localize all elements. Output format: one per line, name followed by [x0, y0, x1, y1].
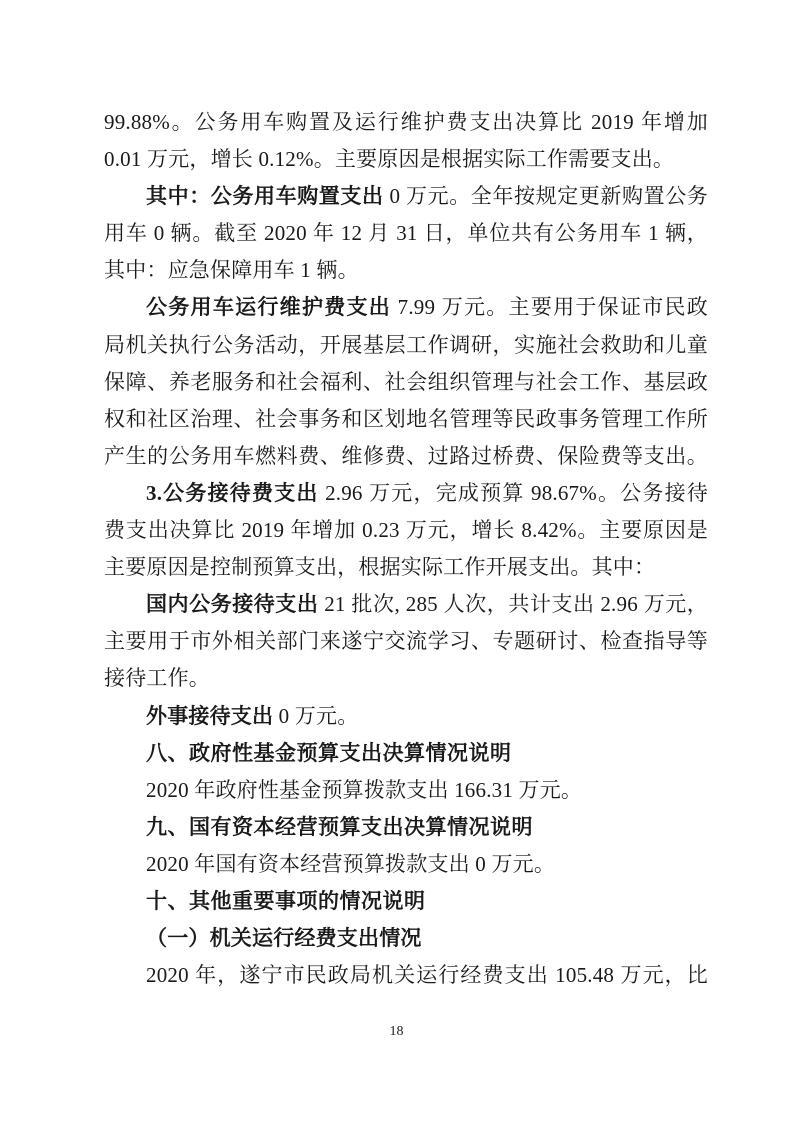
text-line: 外事接待支出 0 万元。	[104, 698, 708, 735]
text-line: 3.公务接待费支出 2.96 万元，完成预算 98.67%。公务接待	[104, 475, 708, 512]
bold-text-run: 外事接待支出	[146, 704, 273, 728]
text-line: 主要原因是控制预算支出，根据实际工作开展支出。其中：	[104, 549, 708, 586]
text-run: 0 万元。全年按规定更新购置公务	[384, 184, 708, 208]
text-line: 费支出决算比 2019 年增加 0.23 万元，增长 8.42%。主要原因是	[104, 512, 708, 549]
text-line: 权和社区治理、社会事务和区划地名管理等民政事务管理工作所	[104, 401, 708, 438]
text-run: 0 万元。	[273, 704, 358, 728]
text-run: 2020 年，遂宁市民政局机关运行经费支出 105.48 万元，比	[146, 963, 708, 987]
section-heading-other-matters: 十、其他重要事项的情况说明	[104, 883, 708, 920]
section-heading-government-funds: 八、政府性基金预算支出决算情况说明	[104, 735, 708, 772]
page-body-text: 99.88%。公务用车购置及运行维护费支出决算比 2019 年增加 0.01 万…	[104, 104, 708, 994]
text-line: 用车 0 辆。截至 2020 年 12 月 31 日，单位共有公务用车 1 辆，	[104, 215, 708, 252]
text-run: 费支出决算比 2019 年增加 0.23 万元，增长 8.42%。主要原因是	[104, 518, 708, 542]
page-number: 18	[390, 1024, 404, 1039]
bold-text-run: 3.公务接待费支出	[146, 481, 319, 505]
text-line: 国内公务接待支出 21 批次, 285 人次，共计支出 2.96 万元，	[104, 586, 708, 623]
text-run: 保障、养老服务和社会福利、社会组织管理与社会工作、基层政	[104, 370, 708, 394]
text-run: 接待工作。	[104, 666, 210, 690]
text-run: 主要原因是控制预算支出，根据实际工作开展支出。其中：	[104, 555, 655, 579]
text-run: 2020 年国有资本经营预算拨款支出 0 万元。	[146, 852, 555, 876]
text-run: 21 批次, 285 人次，共计支出 2.96 万元，	[318, 592, 708, 616]
text-line: 其中：公务用车购置支出 0 万元。全年按规定更新购置公务	[104, 178, 708, 215]
heading-text: 九、国有资本经营预算支出决算情况说明	[146, 816, 533, 839]
text-line: 保障、养老服务和社会福利、社会组织管理与社会工作、基层政	[104, 364, 708, 401]
document-page: 99.88%。公务用车购置及运行维护费支出决算比 2019 年增加 0.01 万…	[0, 0, 793, 1122]
text-line: 2020 年，遂宁市民政局机关运行经费支出 105.48 万元，比	[104, 957, 708, 994]
heading-text: 八、政府性基金预算支出决算情况说明	[146, 742, 512, 765]
text-line: 0.01 万元，增长 0.12%。主要原因是根据实际工作需要支出。	[104, 141, 708, 178]
page-footer: 18	[0, 1022, 793, 1042]
text-line: 2020 年政府性基金预算拨款支出 166.31 万元。	[104, 772, 708, 809]
text-line: 2020 年国有资本经营预算拨款支出 0 万元。	[104, 846, 708, 883]
text-run: 用车 0 辆。截至 2020 年 12 月 31 日，单位共有公务用车 1 辆，	[104, 221, 708, 245]
text-run: 其中：应急保障用车 1 辆。	[104, 258, 359, 282]
text-line: 其中：应急保障用车 1 辆。	[104, 252, 708, 289]
text-run: 7.99 万元。主要用于保证市民政	[391, 295, 708, 319]
text-line: 局机关执行公务活动，开展基层工作调研，实施社会救助和儿童	[104, 327, 708, 364]
heading-text: 十、其他重要事项的情况说明	[146, 890, 426, 913]
text-run: 产生的公务用车燃料费、维修费、过路过桥费、保险费等支出。	[104, 444, 708, 468]
section-heading-state-capital: 九、国有资本经营预算支出决算情况说明	[104, 809, 708, 846]
text-line: 接待工作。	[104, 660, 708, 697]
text-run: 0.01 万元，增长 0.12%。主要原因是根据实际工作需要支出。	[104, 147, 674, 171]
bold-text-run: 公务用车运行维护费支出	[146, 295, 391, 319]
text-run: 2020 年政府性基金预算拨款支出 166.31 万元。	[146, 778, 582, 802]
heading-text: （一）机关运行经费支出情况	[146, 926, 422, 950]
text-run: 局机关执行公务活动，开展基层工作调研，实施社会救助和儿童	[104, 333, 708, 357]
text-line: 产生的公务用车燃料费、维修费、过路过桥费、保险费等支出。	[104, 438, 708, 475]
bold-text-run: 国内公务接待支出	[146, 592, 318, 616]
subsection-heading-operating-expenses: （一）机关运行经费支出情况	[104, 920, 708, 957]
text-run: 2.96 万元，完成预算 98.67%。公务接待	[319, 481, 708, 505]
text-run: 99.88%。公务用车购置及运行维护费支出决算比 2019 年增加	[104, 110, 708, 134]
text-line: 公务用车运行维护费支出 7.99 万元。主要用于保证市民政	[104, 289, 708, 326]
text-run: 主要用于市外相关部门来遂宁交流学习、专题研讨、检查指导等	[104, 629, 708, 653]
text-line: 主要用于市外相关部门来遂宁交流学习、专题研讨、检查指导等	[104, 623, 708, 660]
text-line: 99.88%。公务用车购置及运行维护费支出决算比 2019 年增加	[104, 104, 708, 141]
bold-text-run: 其中：公务用车购置支出	[146, 184, 384, 208]
text-run: 权和社区治理、社会事务和区划地名管理等民政事务管理工作所	[104, 407, 708, 431]
